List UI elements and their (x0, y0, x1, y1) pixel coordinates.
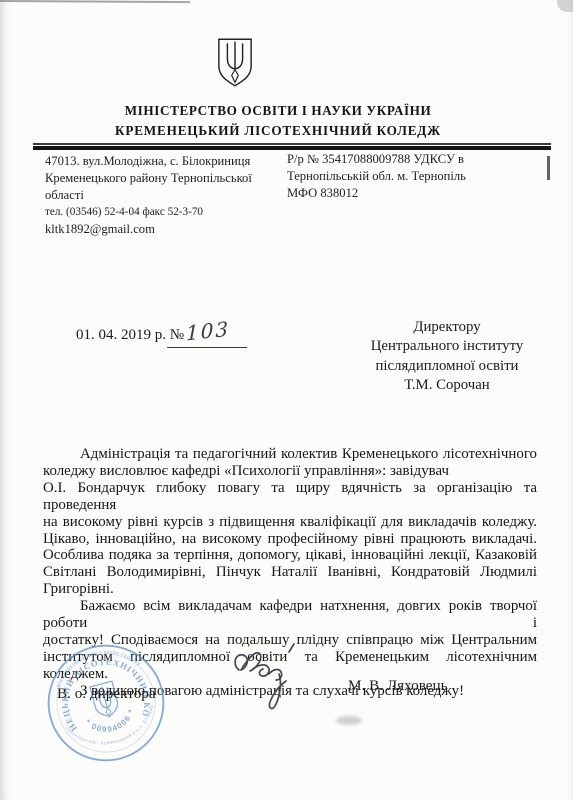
bank-details-block: Р/р № 35417088009788 УДКСУ в Тернопільсь… (287, 151, 537, 202)
ukraine-trident-emblem-icon (216, 37, 254, 94)
recipient-line: Директору (350, 318, 544, 337)
scanned-letter-page: МІНІСТЕРСТВО ОСВІТИ І НАУКИ УКРАЇНИ КРЕМ… (0, 0, 573, 800)
recipient-line: Т.М. Сорочан (350, 376, 544, 395)
address-line: 47013. вул.Молодіжна, с. Білокриниця (45, 153, 290, 170)
body-line: Світлані Володимирівні, Пінчук Наталії І… (43, 564, 537, 581)
college-round-stamp: міністерство освіти і науки України КРЕМ… (44, 641, 168, 770)
scan-corner-spot (557, 0, 573, 12)
recipient-line: Центрального інституту (350, 337, 544, 356)
bank-line: Тернопільській обл. м. Тернопіль (287, 168, 537, 185)
body-line: О.І. Бондарчук глибоку повагу та щиру вд… (43, 480, 537, 514)
handwritten-reference-number: 103 (186, 317, 230, 346)
recipient-block: Директору Центрального інституту післяди… (350, 318, 544, 396)
body-line: Цікаво, інноваційно, на високому професі… (43, 531, 537, 548)
bank-line: Р/р № 35417088009788 УДКСУ в (287, 151, 537, 168)
body-line: Особлива подяка за терпіння, допомогу, ц… (43, 547, 537, 564)
body-line: на високому рівні курсів з підвищення кв… (43, 514, 537, 531)
sender-address-block: 47013. вул.Молодіжна, с. Білокриниця Кре… (45, 153, 290, 238)
handwritten-signature (228, 636, 300, 721)
address-line: Кременецького району Тернопільської обла… (45, 170, 290, 204)
email-line: kltk1892@gmail.com (45, 221, 290, 238)
body-line: коледжу висловлює кафедрі «Психології уп… (43, 463, 537, 480)
body-line: Бажаємо всім викладачам кафедри натхненн… (43, 598, 537, 632)
body-line: Григорівні. (43, 581, 537, 598)
ministry-title: МІНІСТЕРСТВО ОСВІТИ І НАУКИ УКРАЇНИ (0, 103, 556, 119)
signer-position-label: В. о. директора (57, 685, 156, 703)
body-line: Адміністрація та педагогічний колектив К… (43, 446, 537, 463)
header-rule-thin (33, 143, 551, 145)
bank-line: МФО 838012 (287, 185, 537, 202)
header-rule-thick (33, 146, 551, 150)
scan-top-edge-line (0, 0, 190, 3)
recipient-line: післядипломної освіти (350, 357, 544, 376)
signer-name: М. В. Ляховець (348, 677, 448, 695)
scan-smudge (336, 716, 362, 725)
phone-fax-line: тел. (03546) 52-4-04 факс 52-3-70 (45, 204, 290, 221)
college-title: КРЕМЕНЕЦЬКИЙ ЛІСОТЕХНІЧНИЙ КОЛЕДЖ (0, 123, 556, 139)
scan-edge-mark (547, 156, 550, 180)
